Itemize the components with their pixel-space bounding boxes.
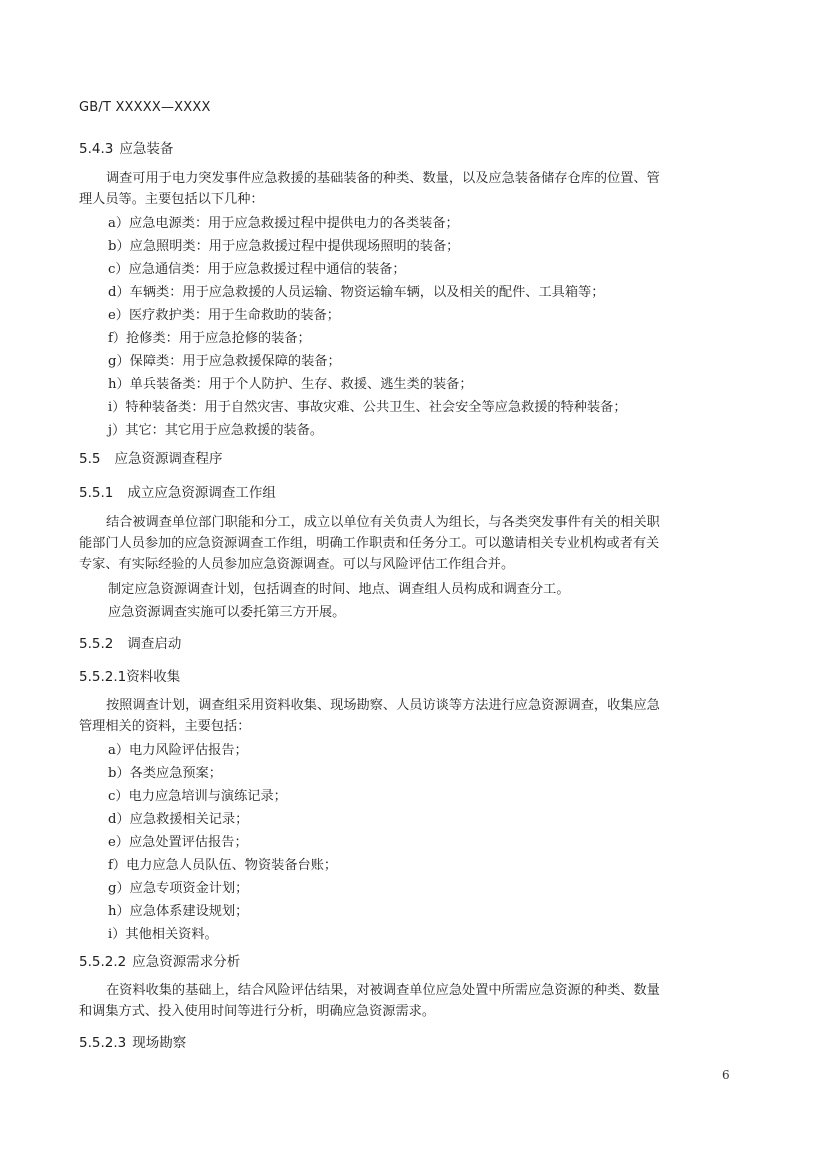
section-number: 5.5.2.1	[79, 669, 126, 685]
list-item: i）特种装备类：用于自然灾害、事故灾难、公共卫生、社会安全等应急救援的特种装备；	[108, 396, 627, 415]
section-title: 现场勘察	[132, 1035, 186, 1051]
page-number: 6	[722, 1068, 730, 1082]
paragraph-5-5-1-third-party: 应急资源调查实施可以委托第三方开展。	[108, 601, 345, 620]
paragraph-line: 调查可用于电力突发事件应急救援的基础装备的种类、数量，以及应急装备储存仓库的位置…	[106, 171, 660, 186]
list-item: d）应急救援相关记录；	[108, 808, 248, 827]
section-title: 资料收集	[126, 669, 180, 685]
paragraph-line: 在资料收集的基础上，结合风险评估结果，对被调查单位应急处置中所需应急资源的种类、…	[106, 983, 660, 998]
list-item: g）应急专项资金计划；	[108, 877, 248, 896]
paragraph-line: 专家、有实际经验的人员参加应急资源调查。可以与风险评估工作组合并。	[79, 557, 514, 572]
list-item: h）应急体系建设规划；	[108, 900, 248, 919]
list-item: a）应急电源类：用于应急救援过程中提供电力的各类装备；	[108, 212, 459, 231]
section-number: 5.5.2	[79, 636, 113, 652]
list-item: a）电力风险评估报告；	[108, 739, 248, 758]
document-page: GB/T XXXXX—XXXX 5.4.3应急装备 调查可用于电力突发事件应急救…	[0, 0, 827, 1170]
paragraph-5-5-1-plan: 制定应急资源调查计划，包括调查的时间、地点、调查组人员构成和调查分工。	[108, 578, 570, 597]
paragraph-5-5-2-2-body: 在资料收集的基础上，结合风险评估结果，对被调查单位应急处置中所需应急资源的种类、…	[79, 980, 751, 1022]
section-title: 调查启动	[127, 636, 181, 652]
standard-code-header: GB/T XXXXX—XXXX	[79, 100, 211, 115]
list-item: b）各类应急预案；	[108, 762, 222, 781]
paragraph-line: 管理相关的资料，主要包括：	[79, 719, 250, 734]
section-title: 应急装备	[119, 141, 173, 157]
paragraph-line: 能部门人员参加的应急资源调查工作组，明确工作职责和任务分工。可以邀请相关专业机构…	[79, 536, 659, 551]
section-heading-5-5-2: 5.5.2调查启动	[79, 632, 181, 652]
paragraph-5-5-1-body: 结合被调查单位部门职能和分工，成立以单位有关负责人为组长，与各类突发事件有关的相…	[79, 512, 751, 575]
section-title: 成立应急资源调查工作组	[127, 485, 276, 501]
paragraph-line: 结合被调查单位部门职能和分工，成立以单位有关负责人为组长，与各类突发事件有关的相…	[106, 515, 660, 530]
list-item: h）单兵装备类：用于个人防护、生存、救援、逃生类的装备；	[108, 373, 473, 392]
section-heading-5-5-2-1: 5.5.2.1资料收集	[79, 665, 180, 685]
section-number: 5.5	[79, 451, 100, 467]
list-item: c）应急通信类：用于应急救援过程中通信的装备；	[108, 258, 406, 277]
section-number: 5.5.2.3	[79, 1035, 126, 1051]
list-item: e）医疗救护类：用于生命救助的装备；	[108, 304, 340, 323]
list-item: b）应急照明类：用于应急救援过程中提供现场照明的装备；	[108, 235, 459, 254]
list-item: g）保障类：用于应急救援保障的装备；	[108, 350, 341, 369]
section-number: 5.5.1	[79, 485, 113, 501]
section-title: 应急资源需求分析	[132, 954, 240, 970]
paragraph-line: 理人员等。主要包括以下几种：	[79, 192, 264, 207]
list-item: f）电力应急人员队伍、物资装备台账；	[108, 854, 337, 873]
section-heading-5-4-3: 5.4.3应急装备	[79, 137, 173, 157]
list-item: c）电力应急培训与演练记录；	[108, 785, 287, 804]
section-heading-5-5: 5.5应急资源调查程序	[79, 447, 222, 467]
list-item: i）其他相关资料。	[108, 923, 218, 942]
section-number: 5.4.3	[79, 141, 113, 157]
list-item: e）应急处置评估报告；	[108, 831, 248, 850]
list-item: f）抢修类：用于应急抢修的装备；	[108, 327, 311, 346]
list-item: d）车辆类：用于应急救援的人员运输、物资运输车辆，以及相关的配件、工具箱等；	[108, 281, 604, 300]
section-heading-5-5-2-3: 5.5.2.3现场勘察	[79, 1031, 186, 1051]
paragraph-5-5-2-1-intro: 按照调查计划，调查组采用资料收集、现场勘察、人员访谈等方法进行应急资源调查，收集…	[79, 695, 751, 737]
section-heading-5-5-1: 5.5.1成立应急资源调查工作组	[79, 481, 276, 501]
section-heading-5-5-2-2: 5.5.2.2应急资源需求分析	[79, 950, 240, 970]
paragraph-line: 按照调查计划，调查组采用资料收集、现场勘察、人员访谈等方法进行应急资源调查，收集…	[106, 698, 660, 713]
list-item: j）其它：其它用于应急救援的装备。	[108, 419, 323, 438]
section-title: 应急资源调查程序	[114, 451, 222, 467]
paragraph-5-4-3-intro: 调查可用于电力突发事件应急救援的基础装备的种类、数量，以及应急装备储存仓库的位置…	[79, 168, 751, 210]
section-number: 5.5.2.2	[79, 954, 126, 970]
paragraph-line: 和调集方式、投入使用时间等进行分析，明确应急资源需求。	[79, 1004, 435, 1019]
